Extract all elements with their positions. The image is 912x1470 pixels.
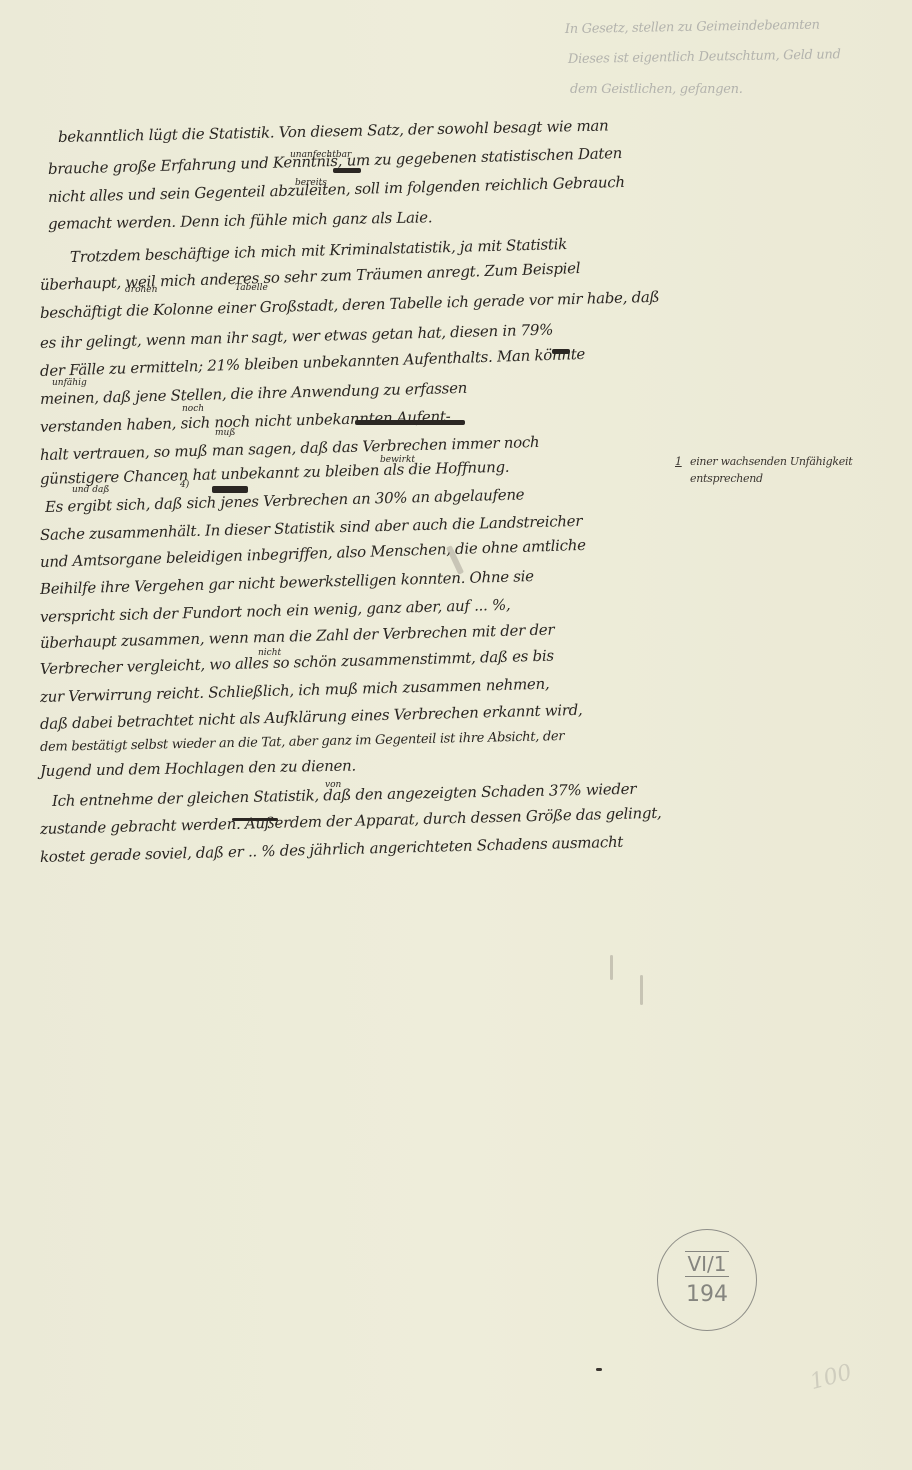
text-line: zur Verwirrung reicht. Schließlich, ich … — [40, 675, 550, 706]
archive-stamp: VI/1 194 — [657, 1229, 757, 1331]
archive-signature: VI/1 — [658, 1252, 756, 1276]
strikethrough-blot — [333, 168, 361, 173]
text-line: meinen, daß jene Stellen, die ihre Anwen… — [40, 379, 467, 408]
strikethrough-blot — [212, 486, 248, 493]
interlinear-insertion: muß — [215, 428, 235, 438]
margin-note-line: entsprechend — [690, 472, 763, 485]
text-line: günstigere Chancen hat unbekannt zu blei… — [40, 458, 510, 488]
text-line: daß dabei betrachtet nicht als Aufklärun… — [40, 701, 583, 733]
ink-dot — [596, 1368, 602, 1371]
text-line: der Fälle zu ermitteln; 21% bleiben unbe… — [40, 345, 586, 380]
text-line: Verbrecher vergleicht, wo alles so schön… — [40, 647, 554, 678]
interlinear-insertion: unfähig — [52, 378, 87, 388]
pencil-note-line: In Gesetz, stellen zu Geimeindebeamten — [565, 18, 820, 37]
interlinear-insertion: drohen — [125, 285, 157, 295]
pencil-note-line: Dieses ist eigentlich Deutschtum, Geld u… — [568, 47, 841, 67]
text-line: Jugend und dem Hochlagen den zu dienen. — [40, 756, 356, 780]
text-line: Ich entnehme der gleichen Statistik, daß… — [52, 780, 637, 810]
strikethrough-blot — [552, 349, 570, 354]
archive-page-number: 194 — [658, 1282, 756, 1307]
interlinear-insertion: Tabelle — [235, 283, 268, 293]
strikethrough-line — [232, 818, 278, 821]
text-line: nicht alles und sein Gegenteil abzuleite… — [48, 173, 625, 206]
pencil-note-line: dem Geistlichen, gefangen. — [570, 82, 743, 97]
text-line: kostet gerade soviel, daß er .. % des jä… — [40, 833, 624, 866]
text-line: zustande gebracht werden. Außerdem der A… — [40, 804, 662, 838]
text-line: bekanntlich lügt die Statistik. Von dies… — [58, 116, 609, 146]
faint-pencil-mark: 100 — [807, 1360, 854, 1395]
strikethrough-blot — [355, 420, 465, 425]
ink-smudge — [610, 955, 613, 980]
text-line: überhaupt zusammen, wenn man die Zahl de… — [40, 621, 555, 652]
manuscript-page: In Gesetz, stellen zu Geimeindebeamten D… — [0, 0, 912, 1470]
interlinear-insertion: und daß — [72, 485, 109, 495]
text-line: dem bestätigt selbst wieder an die Tat, … — [40, 729, 565, 755]
margin-note-line: einer wachsenden Unfähigkeit — [690, 455, 852, 468]
interlinear-insertion: noch — [182, 404, 204, 414]
interlinear-insertion: 4) — [180, 480, 189, 490]
text-line: Es ergibt sich, daß sich jenes Verbreche… — [45, 485, 525, 516]
text-line: verspricht sich der Fundort noch ein wen… — [40, 596, 511, 626]
ink-smudge — [640, 975, 643, 1005]
footnote-marker: 1 — [675, 455, 682, 468]
text-line: gemacht werden. Denn ich fühle mich ganz… — [48, 208, 433, 233]
